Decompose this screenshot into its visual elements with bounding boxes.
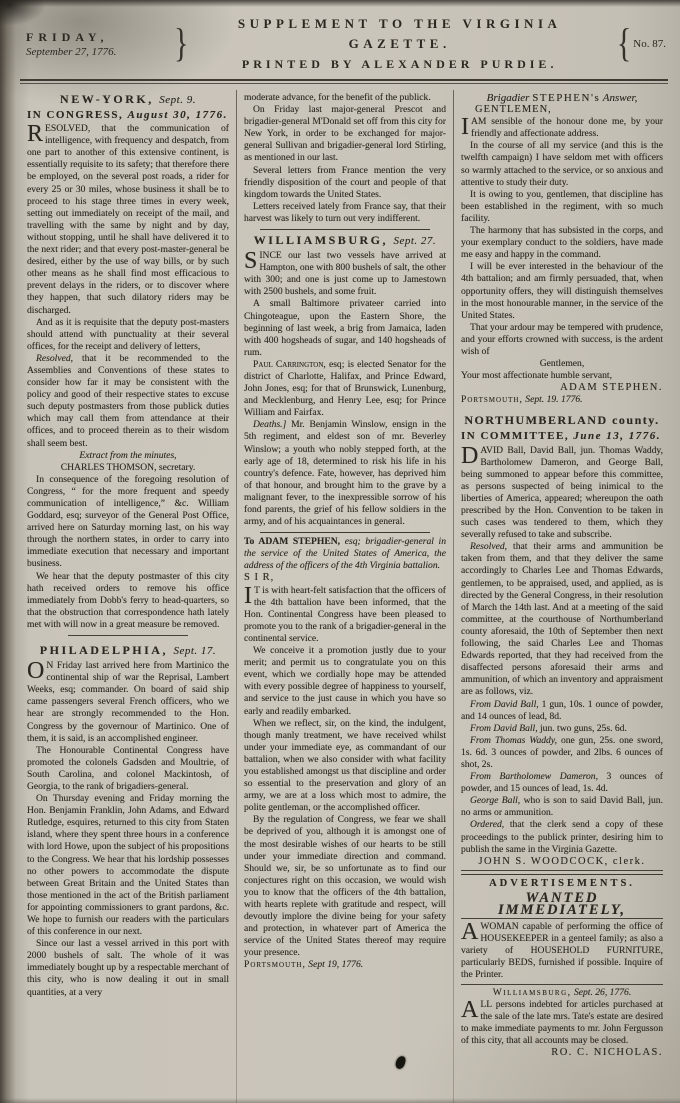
paragraph-text: that their arms and ammunition be taken … [461,541,663,697]
article-paragraph: SINCE our last two vessels have arrived … [244,250,446,298]
heading-text: ADVERTISEMENTS. [489,878,635,889]
paragraph-text: We hear that the deputy postmaster of th… [27,571,229,630]
article-paragraph: RESOLVED, that the communication of inte… [27,123,229,317]
closing-servant: Your most affectionate humble servant, [461,370,663,382]
closing-gentlemen: Gentlemen, [461,358,663,370]
dateline-place: Williamsburg, [493,987,572,998]
article-paragraph: IT is with heart-felt satisfaction that … [244,585,446,645]
masthead-issue-number: No. 87. [633,38,666,50]
inventory-item: From David Ball, 1 gun, 10s. 1 ounce of … [461,699,663,723]
section-heading-committee: IN COMMITTEE, June 13, 1776. [461,430,663,442]
article-paragraph: Resolved, that their arms and ammunition… [461,541,663,698]
heading-place: PHILADELPHIA, [40,643,168,657]
masthead-title: SUPPLEMENT TO THE VIRGINIA GAZETTE. [188,14,610,53]
paragraph-lead: From David Ball, [470,723,538,734]
drop-cap: I [244,585,254,606]
article-paragraph: DAVID Ball, David Ball, jun. Thomas Wadd… [461,445,663,542]
section-divider [260,229,430,230]
masthead: FRIDAY, September 27, 1776. } SUPPLEMENT… [0,0,680,75]
paragraph-text: And as it is requisite that the deputy p… [27,317,229,352]
heading-lead: Brigadier [487,92,533,104]
heading-date: August 30, 1776. [128,109,228,121]
article-paragraph: By the regulation of Congress, we fear w… [244,814,446,959]
drop-cap: A [461,921,480,942]
section-divider [260,532,430,533]
dateline-date: Sept. 19. 1776. [523,394,583,405]
section-heading-philadelphia: PHILADELPHIA, Sept. 17. [27,643,229,658]
heading-place: WILLIAMSBURG, [254,233,388,247]
article-paragraph: Ordered, that the clerk send a copy of t… [461,819,663,855]
paragraph-text: Mr. Benjamin Winslow, ensign in the 5th … [244,419,446,527]
signature-text: RO. C. NICHOLAS. [551,1047,663,1058]
dateline-place: Portsmouth, [461,394,523,405]
heading-text: WANTED IMMEDIATELY, [498,890,626,918]
dateline-portsmouth: Portsmouth, Sept 19, 1776. [244,959,446,971]
wanted-heading: WANTED IMMEDIATELY, [461,892,663,919]
article-paragraph: Paul Carrington, esq; is elected Senator… [244,359,446,419]
article-columns: NEW-YORK, Sept. 9. IN CONGRESS, August 3… [0,84,680,1103]
heading-place: NORTHUMBERLAND county. [464,413,659,427]
heading-date: June 13, 1776. [573,430,661,442]
paragraph-text: AM sensible of the honour done me, by yo… [471,116,663,139]
paragraph-text: I will be ever interested in the behavio… [461,261,663,320]
paragraph-text: Extract from the minutes, [79,450,176,461]
paragraph-lead: From Thomas Waddy, [470,735,557,746]
section-divider [68,635,188,636]
advertisements-heading: ADVERTISEMENTS. [461,874,663,890]
article-paragraph: A small Baltimore privateer carried into… [244,298,446,358]
signature-nicholas: RO. C. NICHOLAS. [461,1047,663,1059]
paragraph-text: Letters received lately from France say,… [244,201,446,224]
signature-adam-stephen: ADAM STEPHEN. [461,382,663,394]
heading-body: IN CONGRESS, [27,109,123,121]
paragraph-lead: Paul Carrington, [253,359,326,370]
answer-heading: Brigadier STEPHEN's Answer, [461,92,663,104]
article-paragraph: That your ardour may be tempered with pr… [461,322,663,358]
paragraph-text: AVID Ball, David Ball, jun. Thomas Waddy… [461,445,663,541]
paragraph-text: moderate advance, for the benefit of the… [244,92,431,103]
section-heading-congress: IN CONGRESS, August 30, 1776. [27,109,229,121]
column-3: Brigadier STEPHEN's Answer, GENTLEMEN, I… [456,90,668,1103]
advertisement-paragraph: ALL persons indebted for articles purcha… [461,999,663,1047]
heading-body: IN COMMITTEE, [461,430,569,442]
drop-cap: I [461,116,471,137]
heading-name: STEPHEN's [532,92,600,104]
dateline-date: Sept 19, 1776. [306,959,363,970]
paragraph-text: jun. two guns, 25s. 6d. [538,723,627,734]
section-heading-newyork: NEW-YORK, Sept. 9. [27,92,229,107]
paragraph-lead: Resolved, [36,353,73,364]
advertisement-paragraph: A WOMAN capable of performing the office… [461,921,663,981]
paragraph-lead: To ADAM STEPHEN, [244,536,340,547]
paragraph-lead: From Bartholomew Dameron, [470,771,598,782]
article-paragraph: Resolved, that it be recommended to the … [27,353,229,450]
heading-date: Sept. 17. [173,645,216,657]
address-heading: To ADAM STEPHEN, esq; brigadier-general … [244,536,446,572]
paragraph-text: ESOLVED, that the communication of intel… [27,123,229,315]
signature-text: JOHN S. WOODCOCK, clerk. [478,856,645,867]
article-paragraph: The Honourable Continental Congress have… [27,745,229,793]
paragraph-text: That your ardour may be tempered with pr… [461,322,663,357]
inventory-item: From David Ball, jun. two guns, 25s. 6d. [461,723,663,735]
article-paragraph: We hear that the deputy postmaster of th… [27,571,229,631]
masthead-printer-line: PRINTED BY ALEXANDER PURDIE. [188,55,610,73]
column-rule [236,90,237,1103]
paragraph-text: When we reflect, sir, on the kind, the i… [244,718,446,814]
heading-date: Sept. 27. [393,235,436,247]
paragraph-text: WOMAN capable of performing the office o… [461,921,663,980]
masthead-date: September 27, 1776. [26,46,174,58]
paragraph-lead: Ordered, [470,819,504,830]
masthead-brace-right: } [174,21,188,67]
article-paragraph: I will be ever interested in the behavio… [461,261,663,321]
signature-clerk: JOHN S. WOODCOCK, clerk. [461,856,663,871]
drop-cap: R [27,123,45,144]
paragraph-text: The harmony that has subsisted in the co… [461,225,663,260]
dateline-williamsburg: Williamsburg, Sept. 26, 1776. [461,984,663,999]
section-heading-northumberland: NORTHUMBERLAND county. [461,413,663,428]
secretary-signature: CHARLES THOMSON, secretary. [27,462,229,474]
paragraph-text: CHARLES THOMSON, secretary. [61,462,196,473]
newspaper-page: FRIDAY, September 27, 1776. } SUPPLEMENT… [0,0,680,1103]
article-paragraph: Letters received lately from France say,… [244,201,446,225]
paragraph-text: T is with heart-felt satisfaction that t… [244,585,446,644]
paragraph-text: Gentlemen, [540,358,585,369]
article-paragraph: I AM sensible of the honour done me, by … [461,116,663,140]
paragraph-text: Your most affectionate humble servant, [461,370,612,381]
article-paragraph: On Thursday evening and Friday morning t… [27,793,229,938]
salutation: S I R, [244,572,446,584]
paragraph-text: A small Baltimore privateer carried into… [244,298,446,357]
article-paragraph: When we reflect, sir, on the kind, the i… [244,718,446,815]
paragraph-text: By the regulation of Congress, we fear w… [244,814,446,958]
deaths-notice: Deaths.] Mr. Benjamin Winslow, ensign in… [244,419,446,528]
inventory-item: From Thomas Waddy, one gun, 25s. one swo… [461,735,663,771]
salutation: GENTLEMEN, [461,104,663,116]
paragraph-text: In the course of all my service (and thi… [461,140,663,187]
dateline-portsmouth: Portsmouth, Sept. 19. 1776. [461,394,663,406]
column-2: moderate advance, for the benefit of the… [239,90,451,1103]
paragraph-lead: From David Ball, [470,699,539,710]
paragraph-lead: Resolved, [470,541,507,552]
dateline-place: Portsmouth, [244,959,306,970]
inventory-item: George Ball, who is son to said David Ba… [461,795,663,819]
drop-cap: S [244,250,259,271]
article-paragraph: In the course of all my service (and thi… [461,140,663,188]
masthead-brace-left: { [617,21,631,67]
dateline-date: Sept. 26, 1776. [572,987,632,998]
paragraph-text: We conceive it a promotion justly due to… [244,645,446,716]
article-paragraph: ON Friday last arrived here from Martini… [27,660,229,745]
masthead-issue-block: { No. 87. [617,27,666,61]
masthead-title-block: SUPPLEMENT TO THE VIRGINIA GAZETTE. PRIN… [188,14,610,73]
paragraph-lead: Deaths.] [253,419,286,430]
heading-tail: Answer, [600,92,637,104]
column-1: NEW-YORK, Sept. 9. IN CONGRESS, August 3… [22,90,234,1103]
paragraph-text: Since our last a vessel arrived in this … [27,938,229,997]
paragraph-text: The Honourable Continental Congress have… [27,745,229,792]
drop-cap: A [461,999,480,1020]
heading-place: NEW-YORK, [60,92,154,106]
paragraph-text: that it be recommended to the Assemblies… [27,353,229,449]
article-paragraph: And as it is requisite that the deputy p… [27,317,229,353]
column-rule [453,90,454,1103]
drop-cap: D [461,445,480,466]
paragraph-text: In consequence of the foregoing resoluti… [27,474,229,570]
article-paragraph: It is owing to you, gentlemen, that disc… [461,189,663,225]
paragraph-text: LL persons indebted for articles purchas… [461,999,663,1046]
paragraph-text: GENTLEMEN, [475,104,552,115]
paragraph-text: On Thursday evening and Friday morning t… [27,793,229,937]
paragraph-lead: George Ball, [470,795,520,806]
article-paragraph: On Friday last major-general Prescot and… [244,104,446,164]
page-bottom-edge-shadow [0,1098,680,1103]
section-heading-williamsburg: WILLIAMSBURG, Sept. 27. [244,233,446,248]
drop-cap: O [27,660,46,681]
paragraph-text: It is owing to you, gentlemen, that disc… [461,189,663,224]
article-paragraph: We conceive it a promotion justly due to… [244,645,446,718]
paragraph-text: On Friday last major-general Prescot and… [244,104,446,163]
paragraph-text: S I R, [244,572,274,583]
signature-text: ADAM STEPHEN. [560,382,663,393]
paragraph-text: INCE our last two vessels have arrived a… [244,250,446,297]
masthead-dateline: FRIDAY, September 27, 1776. [26,30,174,58]
article-paragraph: Since our last a vessel arrived in this … [27,938,229,998]
paragraph-text: Several letters from France mention the … [244,165,446,200]
masthead-day: FRIDAY, [26,30,174,45]
inventory-item: From Bartholomew Dameron, 3 ounces of po… [461,771,663,795]
heading-date: Sept. 9. [159,94,196,106]
article-paragraph: moderate advance, for the benefit of the… [244,92,446,104]
article-paragraph: In consequence of the foregoing resoluti… [27,474,229,571]
extract-line: Extract from the minutes, [27,450,229,462]
article-paragraph: Several letters from France mention the … [244,165,446,201]
paragraph-text: N Friday last arrived here from Martinic… [27,660,229,744]
article-paragraph: The harmony that has subsisted in the co… [461,225,663,261]
